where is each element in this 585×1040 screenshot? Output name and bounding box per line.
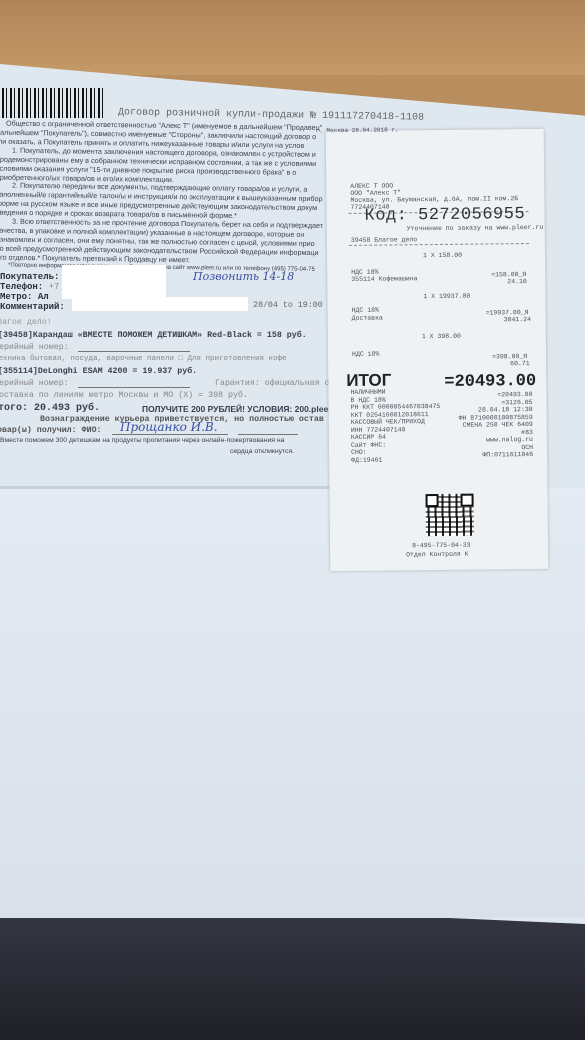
barcode-icon: [2, 88, 106, 118]
charity-text-2: сердца откликнутся.: [230, 448, 294, 455]
metro-label-text: Метро:: [0, 292, 32, 302]
receipt-detail-value: =20493.00: [497, 391, 532, 398]
redacted-buyer-info: [62, 265, 166, 299]
receipt-total-value: =20493.00: [444, 372, 536, 392]
receipt-order-code-sub: Уточнение по заказу на www.pleer.ru: [407, 224, 544, 232]
receipt-detail-value: ФП:0711611846: [482, 451, 533, 459]
receipt-item-3-vat: НДС 18%: [352, 351, 379, 358]
receipt-item-3-name: Доставка: [352, 315, 383, 322]
receipt-detail-value: ОСН: [521, 444, 533, 451]
receipt-detail-line: Сайт ФНС:: [351, 441, 386, 448]
cash-receipt: г. Москва 28.04.2018 г. АЛЕКС Т ООО ООО …: [326, 129, 549, 571]
serial-number-1-field: [78, 351, 190, 352]
receipt-item-2-qty: 1 Х 19937.00: [423, 293, 470, 300]
metro-value: Ал: [38, 292, 49, 302]
signature-line-2: [238, 434, 298, 435]
receipt-item-3-qty: 1 Х 398.00: [422, 333, 461, 340]
receipt-detail-line: НАЛИЧНЫМИ: [350, 389, 385, 396]
promo-text: ПОЛУЧИТЕ 200 РУБЛЕЙ! УСЛОВИЯ: 200.pleer: [142, 404, 332, 414]
paper-fold-line: [0, 486, 330, 489]
receipt-item-1-name: 39458 Благое дело: [351, 236, 417, 244]
received-by-label: Товар(ы) получил: ФИО:: [0, 426, 102, 435]
phone-label-text: Телефон:: [0, 282, 43, 292]
receipt-item-2-vat: НДС 18%: [352, 307, 379, 314]
comment-label: Комментарий:: [0, 302, 65, 312]
receipt-detail-line: КАССОВЫЙ ЧЕК/ПРИХОД: [351, 418, 425, 426]
item-coffee-machine: [355114]DeLonghi ESAM 4200 = 19.937 руб.: [0, 367, 197, 376]
receipt-detail-value: 28.04.18 12:38: [478, 406, 533, 414]
item-pencil: [39458]Карандаш «ВМЕСТЕ ПОМОЖЕМ ДЕТИШКАМ…: [0, 331, 307, 340]
signature: Прощанко И.В.: [120, 420, 218, 434]
receipt-footer-phone: 8-495-775-04-33: [412, 542, 471, 550]
serial-number-2: Серийный номер:: [0, 379, 69, 388]
warranty-text: Гарантия: официальная от: [215, 379, 335, 388]
qr-code-icon: [426, 494, 474, 537]
phone-value: +7: [49, 282, 60, 292]
receipt-detail-line: В НДС 18%: [350, 396, 385, 403]
receipt-item-3-vat-sum: 60.71: [510, 360, 530, 367]
receipt-detail-value: www.nalog.ru: [486, 436, 533, 443]
delivery-time: 28/04 to 19:00: [253, 301, 323, 310]
delivery-line: Доставка по линиям метро Москвы и МО (Х)…: [0, 391, 248, 400]
buyer-label: Покупатель:: [0, 272, 59, 282]
serial-number-1: Серийный номер:: [0, 343, 69, 352]
receipt-header-right: г. Москва 28.04.2018 г.: [316, 126, 399, 134]
total-amount: Итого: 20.493 руб.: [0, 403, 100, 414]
receipt-item-1-qty: 1 Х 158.00: [423, 252, 462, 259]
receipt-detail-line: СНО:: [351, 449, 367, 456]
receipt-item-2-name: 355114 Кофемашина: [351, 275, 417, 283]
receipt-item-2-vat-sum: 3041.24: [504, 316, 531, 323]
receipt-order-code: Код: 5272056955: [364, 205, 525, 226]
phone-label: Телефон: +7: [0, 282, 59, 292]
signature-line: [112, 434, 228, 435]
receipt-detail-line: ИНН 7724407140: [351, 426, 406, 434]
category-line: Техника бытовая, посуда, варочные панели…: [0, 355, 287, 363]
receipt-detail-value: СМЕНА 250 ЧЕК 6409: [463, 421, 533, 429]
metro-label: Метро: Ал: [0, 292, 49, 302]
redacted-comment: [72, 297, 248, 311]
receipt-item-1-vat-sum: 24.10: [507, 278, 527, 285]
receipt-detail-line: ФД:19461: [351, 456, 382, 463]
receipt-org-3: Москва, ул. Бауманская, д.6А, пом.II ком…: [350, 195, 518, 204]
receipt-detail-value: =3126.05: [501, 399, 532, 406]
receipt-footer-dept: Отдел Контроля К: [406, 551, 468, 559]
serial-number-2-field: [78, 387, 190, 388]
good-deed-label: Благое дело!: [0, 318, 52, 327]
charity-text-1: Вместе поможем 300 детишкам на продукты …: [0, 437, 284, 444]
handwritten-note: Позвонить 14-18: [193, 270, 294, 283]
receipt-detail-value: #83: [521, 429, 533, 436]
desk-surface: [0, 0, 585, 75]
receipt-detail-line: КАССИР 64: [351, 434, 386, 441]
